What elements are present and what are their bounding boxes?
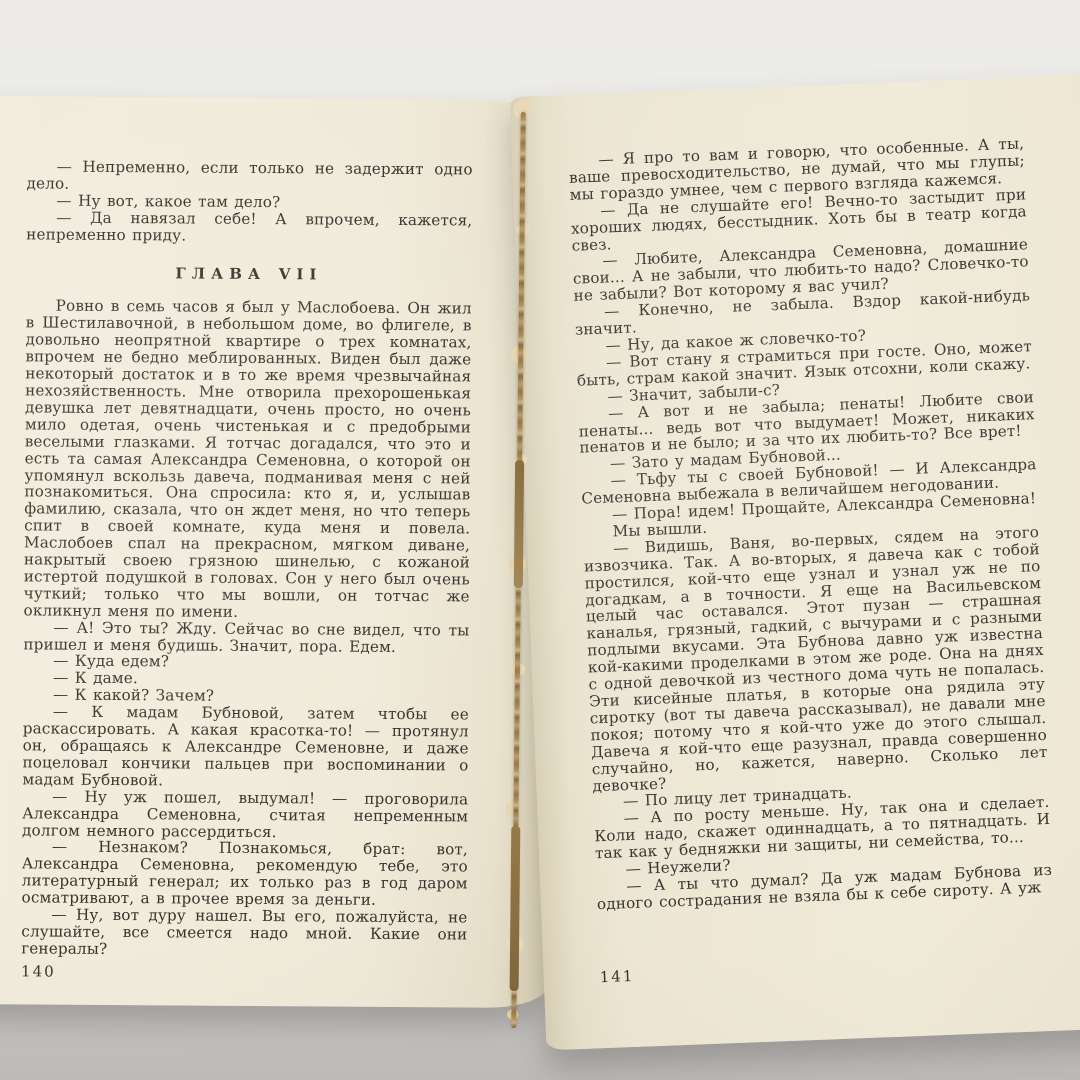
paragraph: — Да навязал себе! А впрочем, кажется, н… bbox=[26, 209, 472, 246]
left-page-number-row: 140 bbox=[21, 950, 467, 983]
paragraph: Ровно в семь часов я был у Маслобоева. О… bbox=[24, 298, 472, 622]
left-page: — Непременно, если только не задержит од… bbox=[0, 96, 553, 1008]
paragraph: — Ну уж пошел, выдумал! — проговорила Ал… bbox=[22, 788, 468, 842]
right-page-number: 141 bbox=[599, 952, 1055, 986]
right-page-number-row: 141 bbox=[599, 939, 1056, 986]
left-page-number: 140 bbox=[21, 963, 467, 983]
paragraph: — Непременно, если только не задержит од… bbox=[27, 158, 473, 195]
paragraph: — К мадам Бубновой, затем чтобы ее раска… bbox=[22, 704, 469, 792]
paragraph: — А! Это ты? Жду. Сейчас во сне видел, ч… bbox=[23, 619, 469, 656]
paragraph: — Незнаком? Познакомься, брат: вот, Алек… bbox=[22, 839, 468, 910]
chapter-heading: ГЛАВА VII bbox=[26, 243, 472, 301]
left-page-text: — Непременно, если только не задержит од… bbox=[21, 158, 473, 960]
open-book: — Непременно, если только не задержит од… bbox=[0, 0, 1080, 1080]
right-page: — Я про то вам и говорю, что особенные. … bbox=[510, 72, 1080, 1051]
photo-backdrop: — Непременно, если только не задержит од… bbox=[0, 0, 1080, 1080]
right-page-text: — Я про то вам и говорю, что особенные. … bbox=[568, 135, 1053, 913]
paragraph: — Видишь, Ваня, во-первых, сядем на этог… bbox=[583, 524, 1048, 795]
